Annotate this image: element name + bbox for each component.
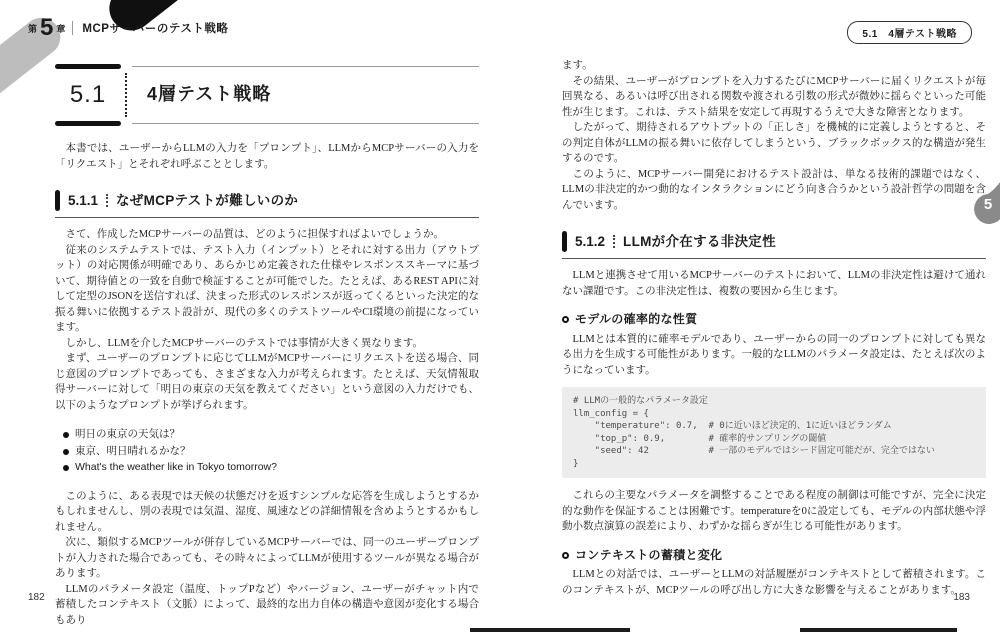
topic-heading-context: コンテキストの蓄積と変化 bbox=[562, 548, 986, 564]
topic-heading-model: モデルの確率的な性質 bbox=[562, 312, 986, 328]
section-pill: 5.1 4層テスト戦略 bbox=[847, 21, 972, 44]
paragraph: 次に、類似するMCPツールが併存しているMCPサーバーでは、同一のユーザープロン… bbox=[55, 535, 479, 582]
section-banner: 5.1 4層テスト戦略 bbox=[55, 64, 479, 126]
code-line: # LLMの一般的なパラメータ設定 bbox=[573, 395, 975, 408]
paragraph: LLMとの対話では、ユーザーとLLMの対話履歴がコンテキストとして蓄積されます。… bbox=[562, 567, 986, 598]
prompt-example-list: 明日の東京の天気は？ 東京、明日晴れるかな？ What's the weathe… bbox=[63, 426, 479, 476]
topic-title: コンテキストの蓄積と変化 bbox=[575, 548, 722, 564]
code-block: # LLMの一般的なパラメータ設定 llm_config = { "temper… bbox=[562, 387, 986, 478]
paragraph: LLMとは本質的に確率モデルであり、ユーザーからの同一のプロンプトに対しても異な… bbox=[562, 332, 986, 379]
paragraph: しかし、LLMを介したMCPサーバーのテストでは事情が大きく異なります。 bbox=[55, 336, 479, 352]
ring-bullet-icon bbox=[562, 552, 569, 559]
subsection-number: 5.1.1 bbox=[68, 193, 98, 209]
code-line: "temperature": 0.7, # 0に近いほど決定的、1に近いほどラン… bbox=[573, 420, 975, 433]
list-item: 明日の東京の天気は？ bbox=[63, 426, 479, 443]
bottom-edge-mark bbox=[800, 628, 957, 632]
code-line: "top_p": 0.9, # 確率的サンプリングの閾値 bbox=[573, 433, 975, 446]
list-item: 東京、明日晴れるかな？ bbox=[63, 443, 479, 460]
continuation-line: ます。 bbox=[562, 58, 986, 74]
paragraph: まず、ユーザーのプロンプトに応じてLLMがMCPサーバーにリクエストを送る場合、… bbox=[55, 351, 479, 413]
heading-bar bbox=[55, 190, 60, 211]
page-number-right: 183 bbox=[953, 592, 970, 603]
paragraph: 従来のシステムテストでは、テスト入力（インプット）とそれに対する出力（アウトプッ… bbox=[55, 243, 479, 336]
heading-bar bbox=[562, 231, 567, 252]
paragraph: これらの主要なパラメータを調整することである程度の制御は可能ですが、完全に決定的… bbox=[562, 488, 986, 535]
subsection-heading-511: 5.1.1 なぜMCPテストが難しいのか bbox=[55, 190, 479, 218]
header-divider bbox=[72, 21, 73, 35]
paragraph: さて、作成したMCPサーバーの品質は、どのように担保すればよいでしょうか。 bbox=[55, 227, 479, 243]
ring-bullet-icon bbox=[562, 316, 569, 323]
heading-dotted-divider bbox=[613, 235, 615, 248]
subsection-title: なぜMCPテストが難しいのか bbox=[116, 193, 298, 209]
banner-bar-bottom bbox=[55, 121, 121, 126]
section-title: 4層テスト戦略 bbox=[132, 66, 479, 124]
code-line: "seed": 42 # 一部のモデルではシード固定可能だが、完全ではない bbox=[573, 445, 975, 458]
section-number: 5.1 bbox=[55, 69, 121, 121]
page-number-left: 182 bbox=[28, 592, 45, 603]
paragraph: したがって、期待されるアウトプットの「正しさ」を機械的に定義しようとすると、その… bbox=[562, 120, 986, 167]
subsection-title: LLMが介在する非決定性 bbox=[623, 234, 776, 250]
paragraph: その結果、ユーザーがプロンプトを入力するたびにMCPサーバーに届くリクエストが毎… bbox=[562, 74, 986, 121]
code-line: llm_config = { bbox=[573, 408, 975, 421]
subsection-number: 5.1.2 bbox=[575, 234, 605, 250]
subsection-heading-512: 5.1.2 LLMが介在する非決定性 bbox=[562, 231, 986, 259]
left-page-column: 5.1 4層テスト戦略 本書では、ユーザーからLLMの入力を「プロンプト」、LL… bbox=[55, 64, 479, 628]
chapter-suffix: 章 bbox=[56, 22, 65, 35]
topic-title: モデルの確率的な性質 bbox=[575, 312, 697, 328]
code-line: } bbox=[573, 458, 975, 471]
right-page-column: ます。 その結果、ユーザーがプロンプトを入力するたびにMCPサーバーに届くリクエ… bbox=[562, 58, 986, 598]
lead-paragraph: LLMと連携させて用いるMCPサーバーのテストにおいて、LLMの非決定性は避けて… bbox=[562, 268, 986, 299]
running-head-left: 第 5 章 MCPサーバーのテスト戦略 bbox=[28, 16, 228, 40]
paragraph: LLMのパラメータ設定（温度、トップPなど）やバージョン、ユーザーがチャット内で… bbox=[55, 582, 479, 629]
chapter-number: 5 bbox=[40, 16, 53, 40]
paragraph: このように、MCPサーバー開発におけるテスト設計は、単なる技術的課題ではなく、L… bbox=[562, 167, 986, 214]
chapter-title: MCPサーバーのテスト戦略 bbox=[82, 20, 228, 36]
heading-dotted-divider bbox=[106, 194, 108, 207]
banner-dotted-divider bbox=[125, 73, 127, 117]
bottom-edge-mark bbox=[470, 628, 630, 632]
intro-paragraph: 本書では、ユーザーからLLMの入力を「プロンプト」、LLMからMCPサーバーの入… bbox=[55, 141, 479, 172]
list-item: What's the weather like in Tokyo tomorro… bbox=[63, 459, 479, 476]
chapter-prefix: 第 bbox=[28, 22, 37, 35]
paragraph: このように、ある表現では天候の状態だけを返すシンプルな応答を生成しようとするかも… bbox=[55, 489, 479, 536]
